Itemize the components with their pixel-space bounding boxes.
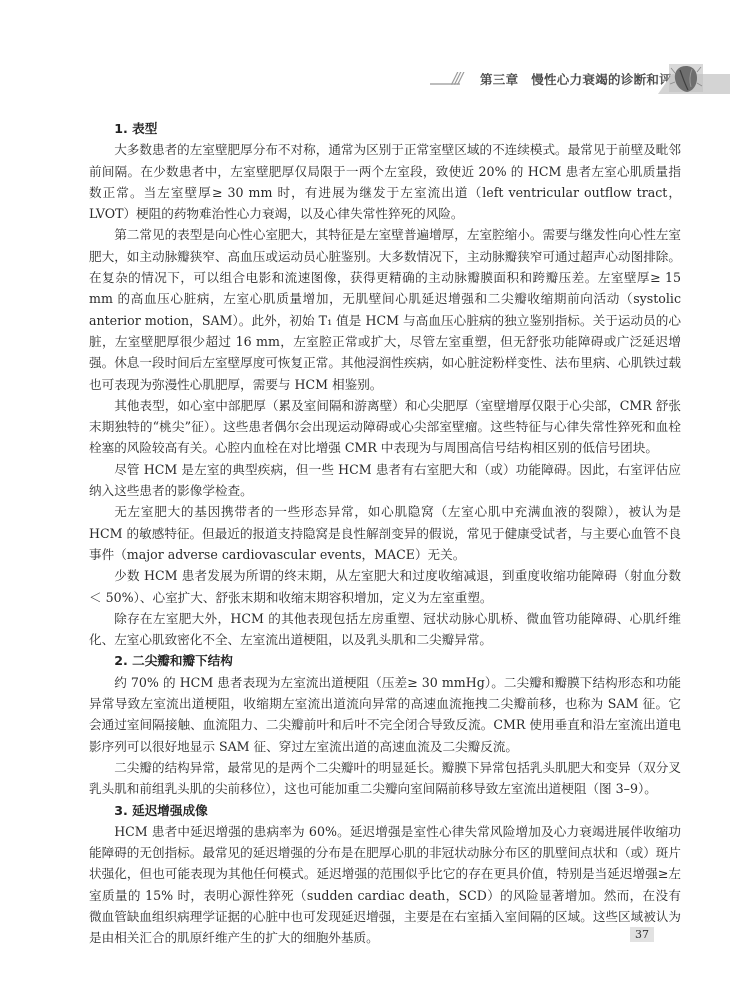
running-header: /// 第三章 慢性心力衰竭的诊断和评估 xyxy=(0,66,730,96)
paragraph: 第二常见的表型是向心性心室肥大，其特征是左室壁普遍增厚，左室腔缩小。需要与继发性… xyxy=(89,224,681,394)
page-body: 1. 表型 大多数患者的左室壁肥厚分布不对称，通常为区别于正常室壁区域的不连续模… xyxy=(89,118,681,949)
paragraph: 二尖瓣的结构异常，最常见的是两个二尖瓣叶的明显延长。瓣膜下异常包括乳头肌肥大和变… xyxy=(89,757,681,800)
chapter-title: 第三章 慢性心力衰竭的诊断和评估 xyxy=(480,70,685,88)
paragraph: 约 70% 的 HCM 患者表现为左室流出道梗阻（压差≥ 30 mmHg）。二尖… xyxy=(89,672,681,757)
paragraph: 其他表型，如心室中部肥厚（累及室间隔和游离壁）和心尖肥厚（室壁增厚仅限于心尖部，… xyxy=(89,395,681,459)
heart-illustration-icon xyxy=(666,60,706,96)
paragraph: HCM 患者中延迟增强的患病率为 60%。延迟增强是室性心律失常风险增加及心力衰… xyxy=(89,821,681,949)
section-heading-phenotype: 1. 表型 xyxy=(89,118,681,139)
paragraph: 少数 HCM 患者发展为所谓的终末期，从左室肥大和过度收缩减退，到重度收缩功能障… xyxy=(89,565,681,608)
paragraph: 尽管 HCM 是左室的典型疾病，但一些 HCM 患者有右室肥大和（或）功能障碍。… xyxy=(89,459,681,502)
page-number: 37 xyxy=(630,927,654,942)
paragraph: 无左室肥大的基因携带者的一些形态异常，如心肌隐窝（左室心肌中充满血液的裂隙），被… xyxy=(89,501,681,565)
header-slash-decoration: /// xyxy=(452,69,461,87)
section-heading-mitral-valve: 2. 二尖瓣和瓣下结构 xyxy=(89,650,681,671)
section-heading-late-enhancement: 3. 延迟增强成像 xyxy=(89,800,681,821)
paragraph: 除存在左室肥大外，HCM 的其他表现包括左房重塑、冠状动脉心肌桥、微血管功能障碍… xyxy=(89,608,681,651)
paragraph: 大多数患者的左室壁肥厚分布不对称，通常为区别于正常室壁区域的不连续模式。最常见于… xyxy=(89,139,681,224)
